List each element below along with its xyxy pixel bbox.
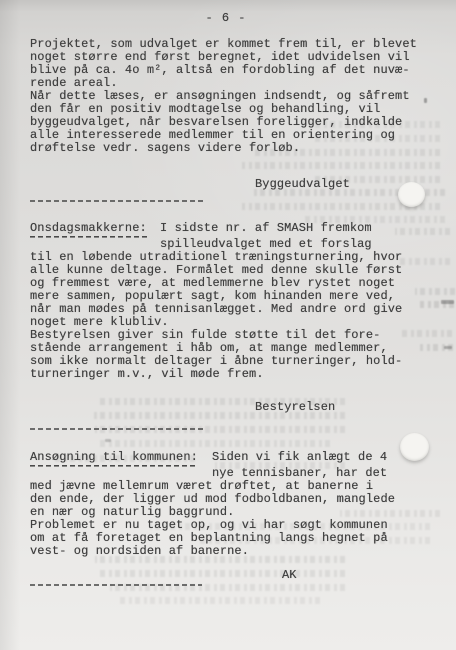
text-line: I sidste nr. af SMASH fremkom <box>160 222 372 238</box>
scanned-document-page: - 6 - Projektet, som udvalget er kommet … <box>0 0 456 650</box>
bleedthrough-text <box>120 597 320 604</box>
paragraph-building-project: Projektet, som udvalget er kommet frem t… <box>30 38 422 155</box>
page-number: - 6 - <box>30 12 422 25</box>
section-onsdagsmakkerne: Onsdagsmakkerne: I sidste nr. af SMASH f… <box>30 222 422 381</box>
section-heading-row: Onsdagsmakkerne: I sidste nr. af SMASH f… <box>30 222 422 238</box>
signature-ak: AK <box>30 569 422 582</box>
section-heading: Onsdagsmakkerne: <box>30 222 147 238</box>
section-heading-row: Ansøgning til kommunen: Siden vi fik anl… <box>30 451 422 467</box>
text-line: drøftelse vedr. sagens videre forløb. <box>30 142 422 155</box>
section-heading: Ansøgning til kommunen: <box>30 451 198 467</box>
signature-bestyrelsen: Bestyrelsen <box>30 401 422 414</box>
heading-cell: Onsdagsmakkerne: <box>30 222 160 238</box>
signature-byggeudvalget: Byggeudvalget <box>30 178 422 191</box>
section-ansoegning-til-kommunen: Ansøgning til kommunen: Siden vi fik anl… <box>30 451 422 558</box>
heading-cell: Ansøgning til kommunen: <box>30 451 212 467</box>
text-line: turneringer m.v., vil møde frem. <box>30 368 422 381</box>
page-content: - 6 - Projektet, som udvalget er kommet … <box>0 0 456 586</box>
typed-separator-line <box>30 428 206 430</box>
typed-separator-line <box>30 584 202 586</box>
text-line: Siden vi fik anlægt de 4 <box>212 451 387 467</box>
text-line: vest- og nordsiden af banerne. <box>30 545 422 558</box>
typed-separator-line <box>30 200 206 202</box>
